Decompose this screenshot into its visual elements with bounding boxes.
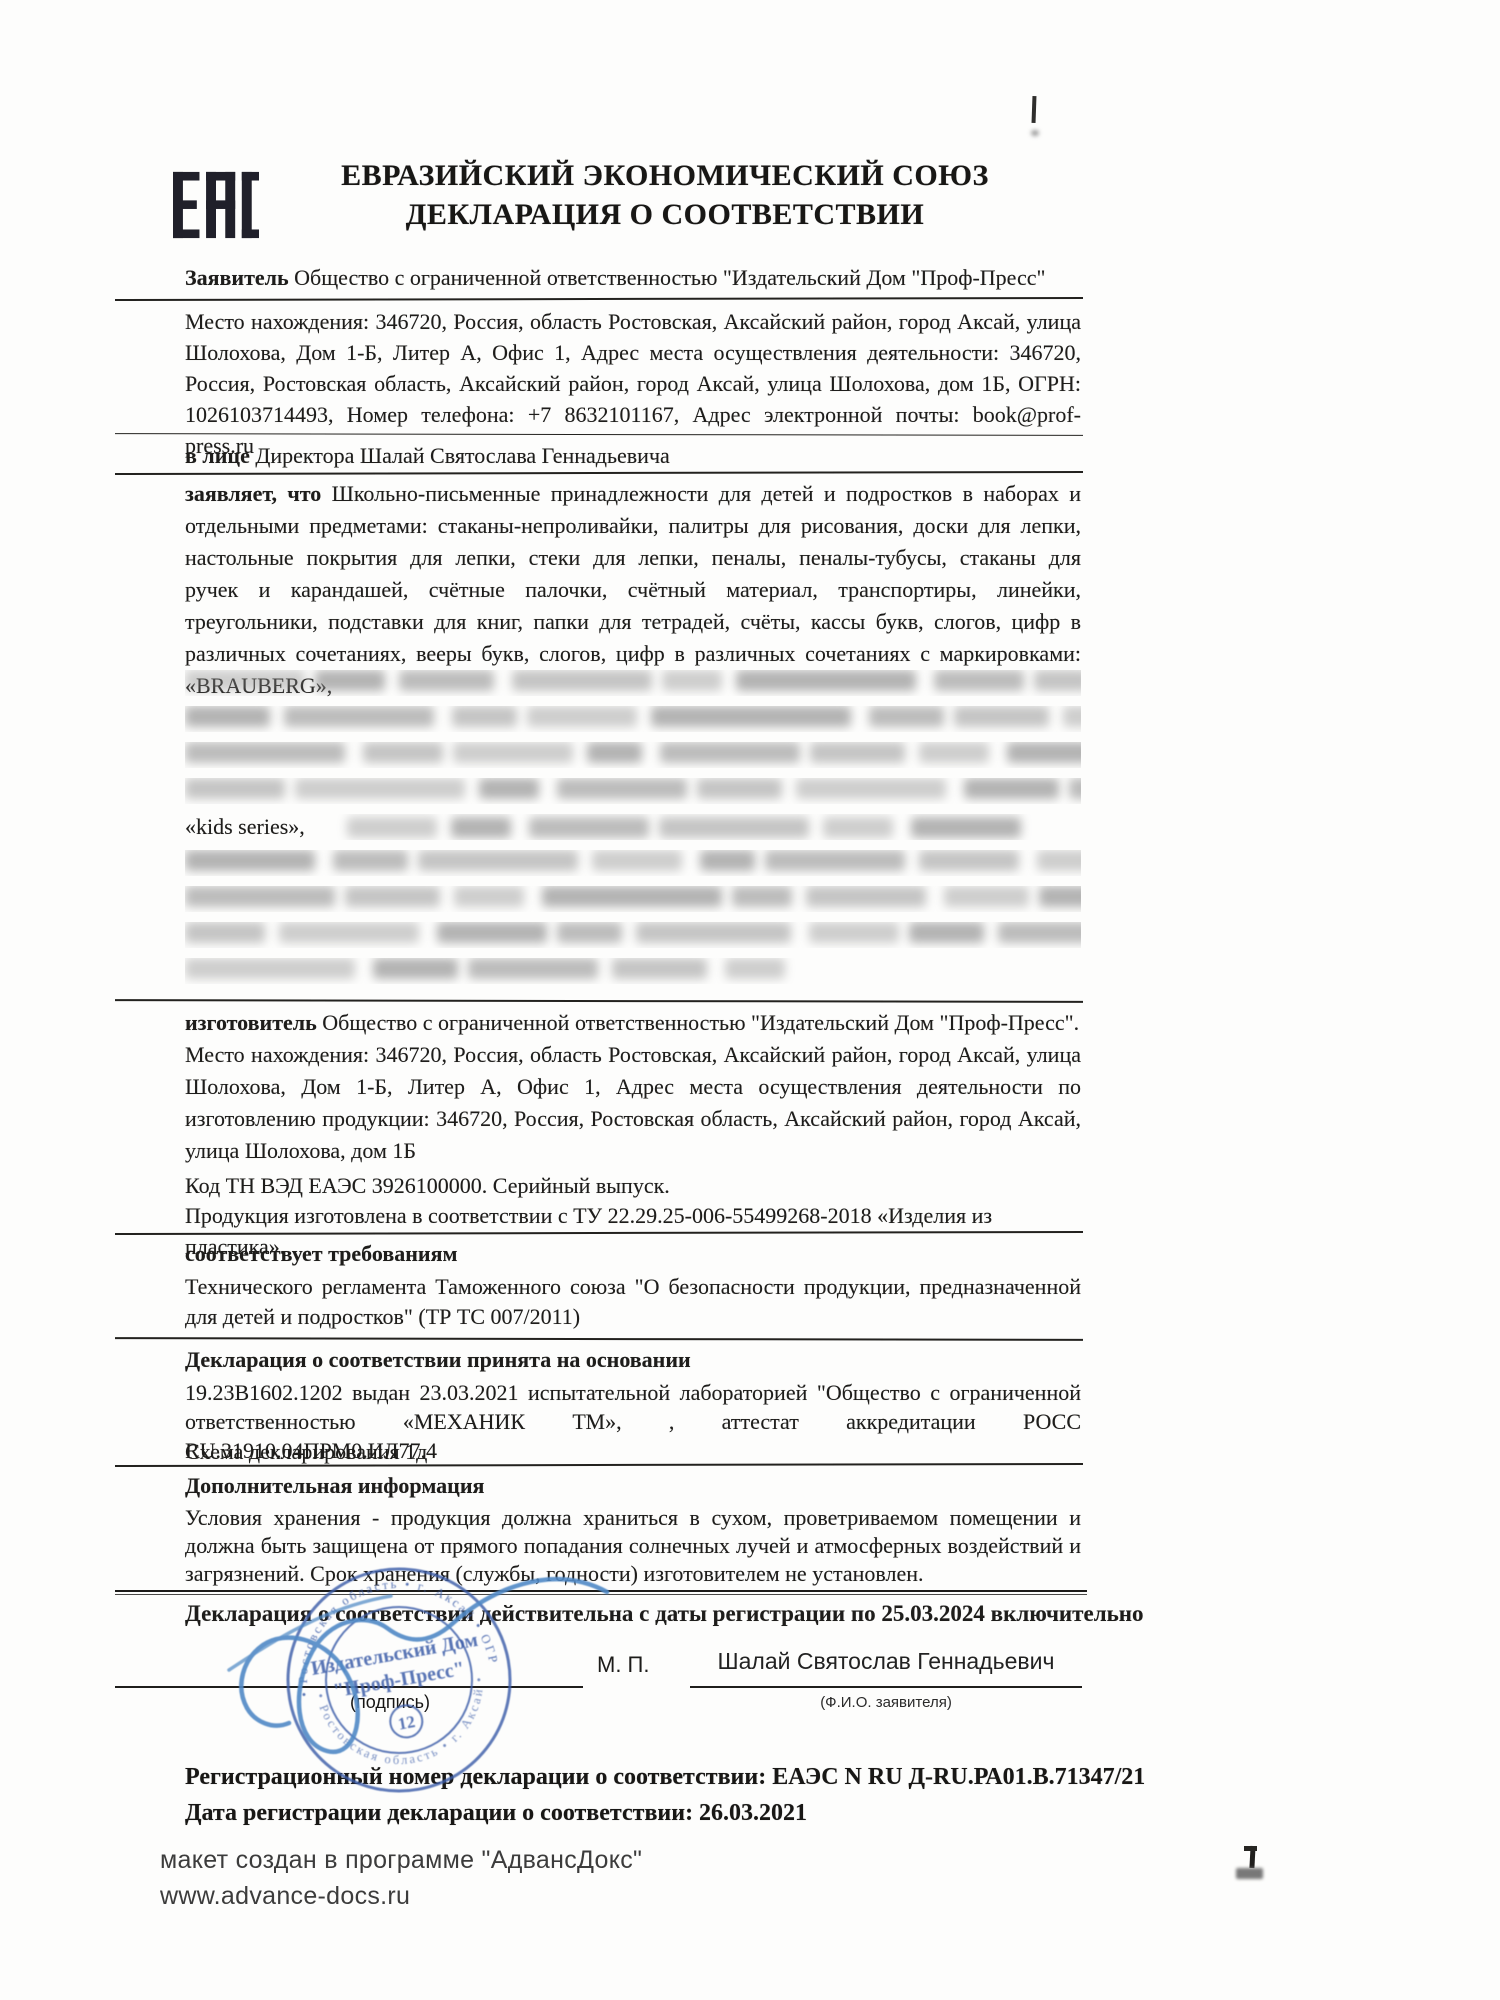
redacted-text-blob	[373, 958, 458, 979]
applicant-line: Заявитель Общество с ограниченной ответс…	[185, 262, 1081, 293]
storage-conditions-text: Условия хранения - продукция должна хран…	[185, 1504, 1081, 1588]
redacted-text-blob	[1037, 850, 1081, 871]
redacted-text-blob	[284, 706, 434, 727]
redacted-row	[185, 850, 1081, 876]
kids-series-text: «kids series»,	[185, 814, 305, 839]
representative-name: Директора Шалай Святослава Геннадьевича	[255, 443, 669, 468]
redacted-text-blob	[527, 706, 637, 727]
redacted-text-blob	[437, 922, 547, 943]
signature-line-left	[115, 1686, 583, 1688]
redacted-text-blob	[911, 817, 1021, 838]
redacted-text-blob	[660, 742, 800, 763]
redacted-text-blob	[796, 778, 946, 799]
applicant-name: Общество с ограниченной ответственностью…	[294, 265, 1045, 290]
redacted-text-blob	[823, 817, 893, 838]
redacted-text-blob	[700, 850, 755, 871]
declares-label: заявляет, что	[185, 481, 321, 506]
redacted-text-blob	[662, 670, 722, 691]
basis-heading: Декларация о соответствии принята на осн…	[185, 1344, 1081, 1375]
redacted-row: «kids series»,	[185, 814, 1081, 840]
redacted-text-blob	[479, 778, 539, 799]
redacted-text-blob	[512, 670, 652, 691]
redacted-text-blob	[909, 922, 984, 943]
stamp-place-label: М. П.	[597, 1652, 649, 1678]
redacted-text-blob	[1063, 706, 1081, 727]
footer-website-line: www.advance-docs.ru	[160, 1882, 410, 1911]
manufacturer-name: Общество с ограниченной ответственностью…	[322, 1010, 1079, 1035]
representative-label: в лице	[185, 443, 250, 468]
redacted-text-blob	[1034, 670, 1081, 691]
redacted-text-blob	[279, 922, 419, 943]
redacted-text-blob	[651, 706, 851, 727]
redacted-text-blob	[919, 742, 989, 763]
redacted-text-blob	[810, 742, 905, 763]
redacted-text-blob	[732, 886, 792, 907]
divider-8-double	[115, 1590, 1087, 1595]
fullname-caption: (Ф.И.О. заявителя)	[690, 1694, 1082, 1711]
redacted-text-blob	[453, 742, 573, 763]
redacted-text-blob	[919, 850, 1019, 871]
redacted-text-blob	[295, 778, 465, 799]
redacted-text-blob	[418, 850, 578, 871]
registration-number-line: Регистрационный номер декларации о соотв…	[185, 1764, 1145, 1791]
redacted-text-blob	[934, 670, 1024, 691]
redacted-text-blob	[964, 778, 1059, 799]
redacted-text-blob	[806, 886, 926, 907]
redacted-row	[185, 742, 1081, 768]
redacted-text-blob	[185, 886, 335, 907]
redacted-text-blob	[869, 706, 944, 727]
declaration-document: ЕВРАЗИЙСКИЙ ЭКОНОМИЧЕСКИЙ СОЮЗ ДЕКЛАРАЦИ…	[115, 0, 1205, 2000]
redacted-text-blob	[557, 778, 687, 799]
redacted-text-blob	[612, 958, 707, 979]
compliance-text: Технического регламента Таможенного союз…	[185, 1272, 1081, 1332]
redacted-text-blob	[315, 670, 385, 691]
declares-text: Школьно-письменные принадлежности для де…	[185, 481, 1081, 698]
redacted-text-blob	[944, 886, 1029, 907]
redacted-text-blob	[452, 706, 517, 727]
applicant-address-paragraph: Место нахождения: 346720, Россия, област…	[185, 306, 1081, 461]
representative-line: в лице Директора Шалай Святослава Геннад…	[185, 440, 1081, 471]
redacted-text-blob	[185, 706, 270, 727]
redacted-text-blob	[185, 670, 305, 691]
redacted-text-blob	[736, 670, 916, 691]
redacted-row	[185, 706, 1081, 732]
divider-6	[115, 1337, 1083, 1341]
compliance-heading: соответствует требованиям	[185, 1238, 1081, 1269]
redacted-text-blob	[345, 886, 440, 907]
redacted-text-blob	[765, 850, 905, 871]
declaration-subject-paragraph: заявляет, что Школьно-письменные принадл…	[185, 478, 1081, 702]
redacted-text-blob	[185, 850, 315, 871]
divider-1	[115, 297, 1083, 301]
redacted-text-blob	[636, 922, 791, 943]
manufacturer-label: изготовитель	[185, 1010, 317, 1035]
document-title: ЕВРАЗИЙСКИЙ ЭКОНОМИЧЕСКИЙ СОЮЗ ДЕКЛАРАЦИ…	[215, 156, 1115, 234]
title-union: ЕВРАЗИЙСКИЙ ЭКОНОМИЧЕСКИЙ СОЮЗ	[215, 156, 1115, 195]
redacted-text-blob	[809, 922, 899, 943]
redacted-text-blob	[557, 922, 622, 943]
redacted-text-blob	[185, 922, 265, 943]
divider-3	[115, 471, 1083, 475]
validity-line: Декларация о соответствии действительна …	[185, 1598, 1081, 1629]
redacted-row	[185, 958, 1081, 984]
redacted-text-blob	[1007, 742, 1081, 763]
redacted-text-blob	[468, 958, 598, 979]
redacted-text-blob	[529, 817, 649, 838]
redacted-text-blob	[954, 706, 1049, 727]
redacted-trademarks-block: «kids series»,	[185, 670, 1081, 1000]
redacted-text-blob	[1069, 778, 1081, 799]
redacted-text-blob	[451, 817, 511, 838]
redacted-text-blob	[725, 958, 785, 979]
registration-date-line: Дата регистрации декларации о соответств…	[185, 1800, 807, 1827]
tnved-line: Код ТН ВЭД ЕАЭС 3926100000. Серийный вып…	[185, 1170, 1081, 1201]
footer-software-line: макет создан в программе "АдвансДокс"	[160, 1846, 642, 1875]
redacted-text-blob	[659, 817, 809, 838]
applicant-label: Заявитель	[185, 265, 289, 290]
redacted-text-blob	[592, 850, 682, 871]
redacted-text-blob	[587, 742, 642, 763]
redacted-text-blob	[347, 817, 437, 838]
redacted-text-blob	[998, 922, 1081, 943]
redacted-row	[185, 886, 1081, 912]
stamp-number: 12	[397, 1712, 417, 1734]
redacted-row	[185, 670, 1081, 696]
redacted-row	[185, 922, 1081, 948]
divider-4	[115, 999, 1083, 1003]
redacted-text-blob	[1039, 886, 1081, 907]
redacted-text-blob	[697, 778, 782, 799]
signature-line-right	[690, 1686, 1082, 1688]
redacted-text-blob	[333, 850, 408, 871]
scan-artifact-bottom	[1236, 1846, 1266, 1882]
applicant-fullname: Шалай Святослав Геннадьевич	[690, 1648, 1082, 1675]
redacted-text-blob	[454, 886, 524, 907]
redacted-text-blob	[542, 886, 722, 907]
additional-info-heading: Дополнительная информация	[185, 1470, 1081, 1501]
scanned-declaration-page: ЕВРАЗИЙСКИЙ ЭКОНОМИЧЕСКИЙ СОЮЗ ДЕКЛАРАЦИ…	[0, 0, 1500, 2000]
manufacturer-address: Место нахождения: 346720, Россия, област…	[185, 1042, 1081, 1163]
title-declaration: ДЕКЛАРАЦИЯ О СООТВЕТСТВИИ	[215, 195, 1115, 234]
redacted-text-blob	[363, 742, 443, 763]
redacted-text-blob	[185, 958, 355, 979]
manufacturer-paragraph: изготовитель Общество с ограниченной отв…	[185, 1007, 1081, 1167]
stamp-company-line1: Издательский Дом	[309, 1629, 479, 1680]
redacted-row	[185, 778, 1081, 804]
signature-caption: (подпись)	[285, 1692, 495, 1713]
redacted-text-blob	[399, 670, 494, 691]
redacted-text-blob	[185, 778, 285, 799]
redacted-text-blob	[185, 742, 345, 763]
